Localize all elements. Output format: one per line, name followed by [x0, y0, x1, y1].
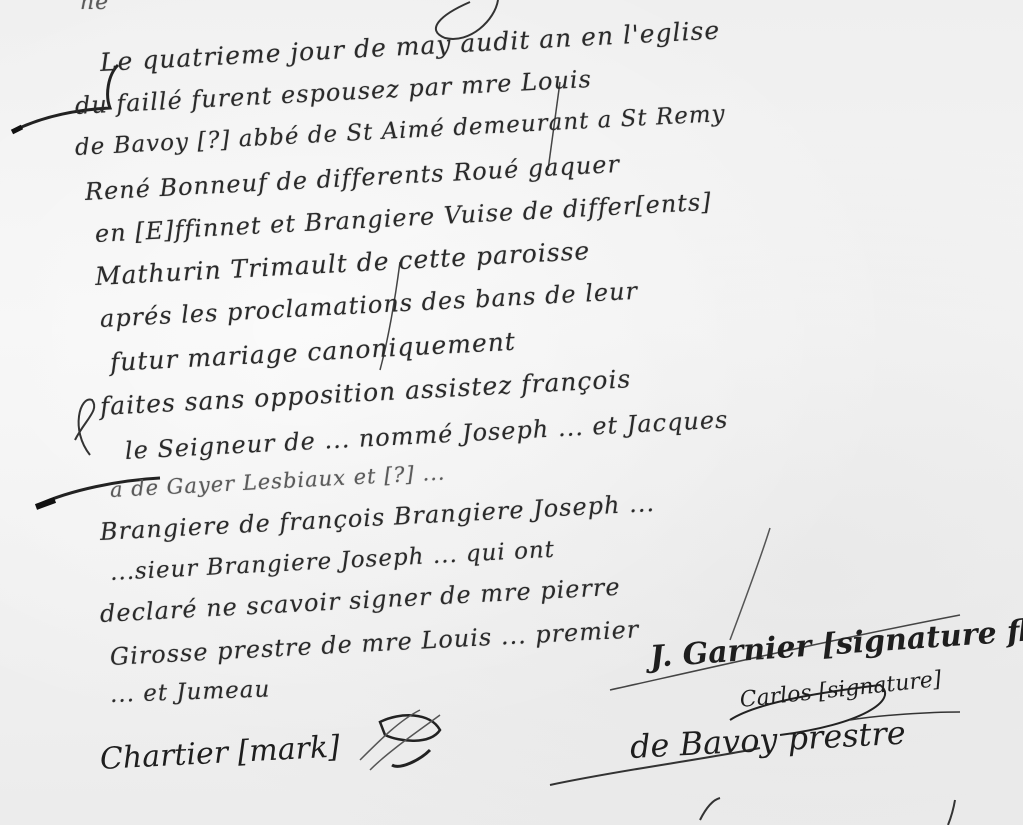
signature-1: J. Garnier [signature flourish] [649, 605, 1023, 675]
text-line-15: Girosse prestre de mre Louis ... premier [109, 615, 640, 671]
signature-2: Carlos [signature] [739, 667, 943, 713]
signature-4-mark: Chartier [mark] [99, 729, 341, 777]
text-line-16: ... et Jumeau [110, 676, 271, 708]
top-fragment-left: ne [80, 0, 109, 15]
text-line-11: a de Gayer Lesbiaux et [?] ... [109, 460, 446, 502]
signature-3: de Bavoy prestre [629, 714, 907, 766]
text-line-8: futur mariage canoniquement [109, 327, 516, 377]
manuscript-page: ne Le quatrieme jour de may audit an en … [0, 0, 1023, 825]
text-line-1: Le quatrieme jour de may audit an en l'e… [99, 16, 721, 77]
